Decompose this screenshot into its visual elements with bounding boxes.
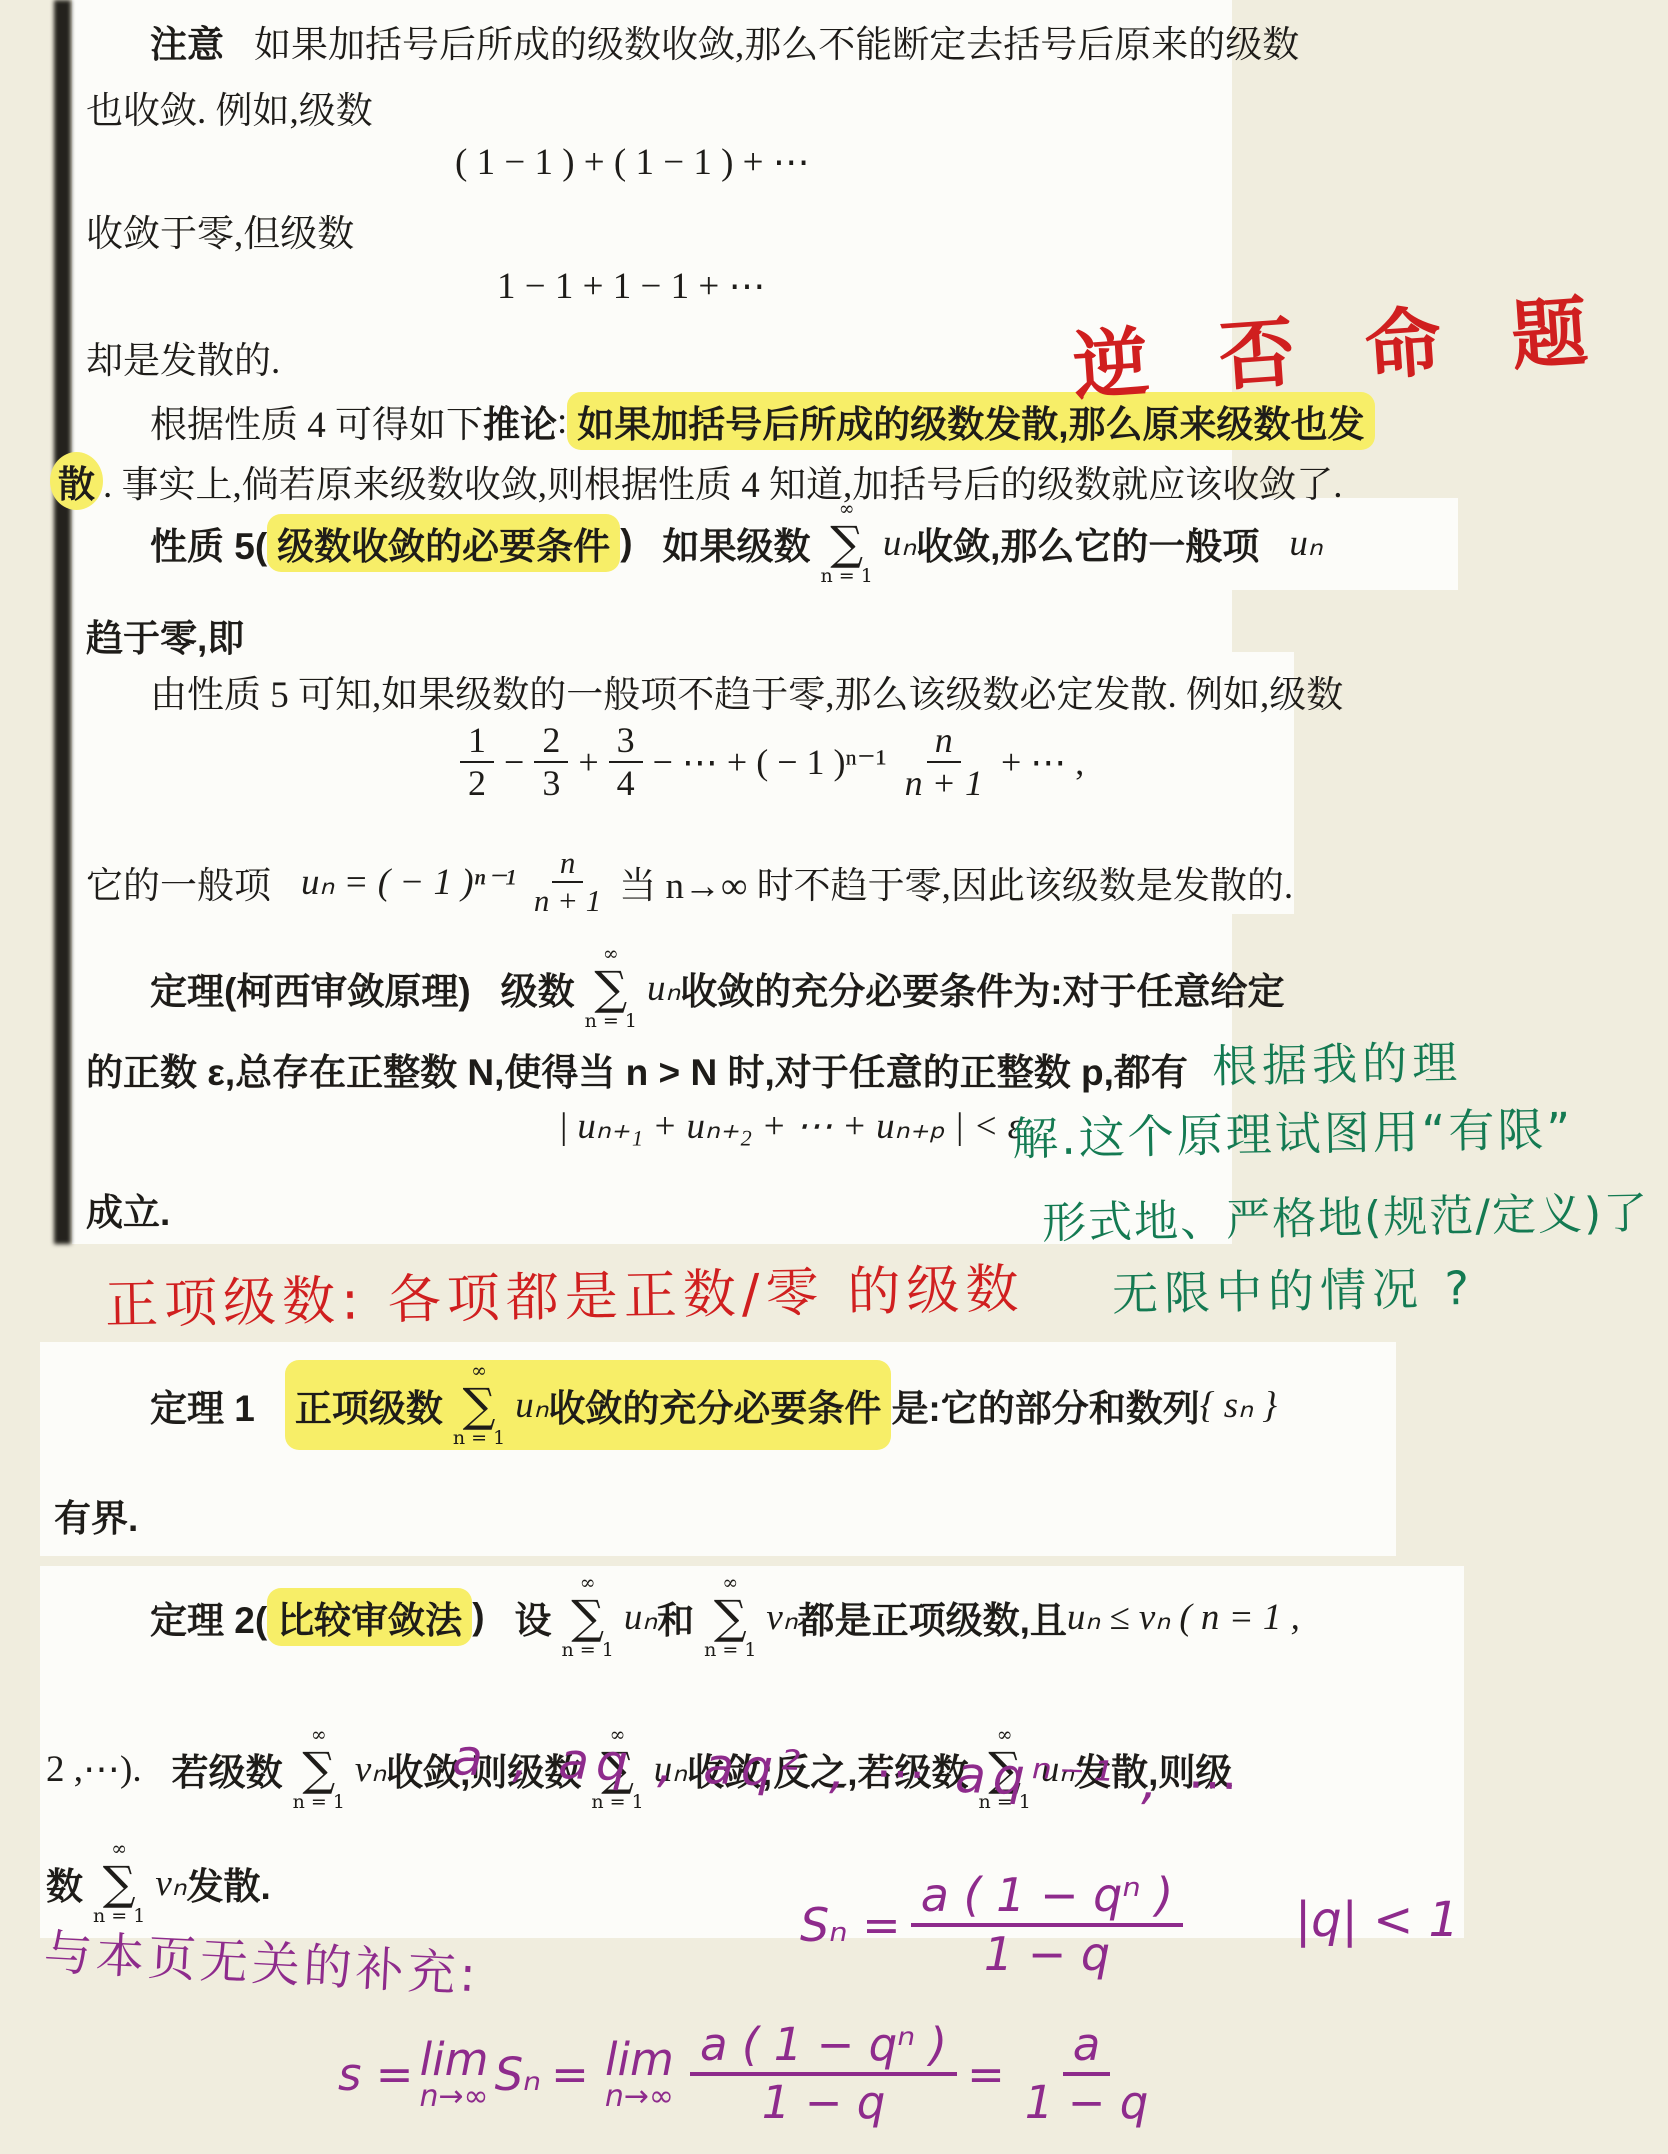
q-condition: |q| < 1 bbox=[1295, 1892, 1459, 1948]
limit-formula: s = lim n→∞ Sₙ = lim n→∞ a ( 1 − qⁿ ) 1 … bbox=[338, 2018, 1168, 2130]
theorem1-line1: 定理 1 正项级数 ∞ ∑ n = 1 uₙ 收敛的充分必要条件 是:它的部分和… bbox=[150, 1360, 1277, 1450]
highlighted-theorem1-statement: 正项级数 ∞ ∑ n = 1 uₙ 收敛的充分必要条件 bbox=[285, 1360, 892, 1450]
limit-stack: lim n→∞ bbox=[605, 2037, 674, 2112]
highlighted-necessary-condition: 级数收敛的必要条件 bbox=[277, 516, 610, 570]
summation-symbol: ∞ ∑ n = 1 bbox=[821, 500, 873, 586]
highlighted-comparison-test: 比较审敛法 bbox=[277, 1590, 462, 1644]
fraction: a 1 − q bbox=[1015, 2018, 1159, 2130]
fraction: 12 bbox=[460, 720, 494, 805]
summation-symbol: ∞ ∑ n = 1 bbox=[562, 1574, 614, 1660]
fraction: a ( 1 − qⁿ ) 1 − q bbox=[690, 2018, 957, 2130]
summation-symbol: ∞ ∑ n = 1 bbox=[704, 1574, 756, 1660]
annotation-green-line1: 根据我的理 bbox=[1211, 1026, 1462, 1095]
notice-label: 注意 bbox=[150, 14, 224, 68]
diverges-line: 却是发散的. bbox=[86, 330, 280, 384]
theorem2-line1: 定理 2( 比较审敛法 ) 设 ∞ ∑ n = 1 uₙ 和 ∞ ∑ n = 1… bbox=[150, 1574, 1300, 1660]
summation-symbol: ∞ ∑ n = 1 bbox=[585, 945, 637, 1031]
annotation-green-line2: 解.这个原理试图用“有限” bbox=[1011, 1093, 1573, 1169]
summation-symbol: ∞ ∑ n = 1 bbox=[453, 1362, 505, 1448]
theorem2-line3: 数 ∞ ∑ n = 1 vₙ 发散. bbox=[46, 1840, 271, 1926]
formula-grouped-series: ( 1 − 1 ) + ( 1 − 1 ) + ⋯ bbox=[455, 140, 810, 184]
annotation-red-positive-series: 正项级数: 各项都是正数/零 的级数 bbox=[104, 1247, 1025, 1339]
partial-sum-formula: Sₙ = a ( 1 − qⁿ ) 1 − q bbox=[800, 1868, 1193, 1982]
cauchy-inequality-formula: | uₙ₊₁ + uₙ₊₂ + ⋯ + uₙ₊ₚ | < ε bbox=[558, 1104, 1022, 1148]
summation-symbol: ∞ ∑ n = 1 bbox=[93, 1840, 145, 1926]
annotation-green-line4: 无限中的情况 ? bbox=[1111, 1252, 1475, 1324]
theorem1-line2: 有界. bbox=[54, 1488, 138, 1542]
general-term-line: 它的一般项 uₙ = ( − 1 )ⁿ⁻¹ nn + 1 当 n→∞ 时不趋于零… bbox=[86, 845, 1293, 918]
notice-paragraph-line2: 也收敛. 例如,级数 bbox=[86, 80, 373, 134]
fraction: nn + 1 bbox=[526, 845, 609, 918]
notice-paragraph-line1: 注意 如果加括号后所成的级数收敛,那么不能断定去括号后原来的级数 bbox=[150, 14, 1299, 68]
fraction: 34 bbox=[609, 720, 643, 805]
property5-remark: 由性质 5 可知,如果级数的一般项不趋于零,那么该级数必定发散. 例如,级数 bbox=[150, 664, 1343, 718]
annotation-green-line3: 形式地、严格地(规范/定义)了 bbox=[1041, 1177, 1649, 1252]
highlighted-san-char: 散 bbox=[50, 452, 103, 510]
property5-line2: 趋于零,即 bbox=[86, 608, 244, 662]
fraction: 23 bbox=[534, 720, 568, 805]
cauchy-theorem-line1: 定理(柯西审敛原理) 级数 ∞ ∑ n = 1 uₙ 收敛的充分必要条件为:对于… bbox=[150, 945, 1285, 1031]
property5-line: 性质 5( 级数收敛的必要条件 ) 如果级数 ∞ ∑ n = 1 uₙ 收敛,那… bbox=[150, 500, 1323, 586]
summation-symbol: ∞ ∑ n = 1 bbox=[293, 1726, 345, 1812]
book-spine-shadow bbox=[54, 0, 71, 1244]
scanned-textbook-page: { "colors": { "page_bg": "#f0edde", "pap… bbox=[0, 0, 1668, 2154]
fraction: nn + 1 bbox=[897, 720, 991, 805]
holds-line: 成立. bbox=[86, 1182, 170, 1236]
converges-to-zero-line: 收敛于零,但级数 bbox=[86, 203, 354, 257]
cauchy-theorem-line2: 的正数 ε,总存在正整数 N,使得当 n > N 时,对于任意的正整数 p,都有 bbox=[86, 1042, 1188, 1096]
formula-alternating-fraction-series: 12 − 23 + 34 − ⋯ + ( − 1 )ⁿ⁻¹ nn + 1 + ⋯… bbox=[450, 720, 1084, 805]
fraction: a ( 1 − qⁿ ) 1 − q bbox=[911, 1868, 1184, 1982]
formula-alternating-ones: 1 − 1 + 1 − 1 + ⋯ bbox=[497, 264, 765, 308]
limit-stack: lim n→∞ bbox=[419, 2037, 488, 2112]
